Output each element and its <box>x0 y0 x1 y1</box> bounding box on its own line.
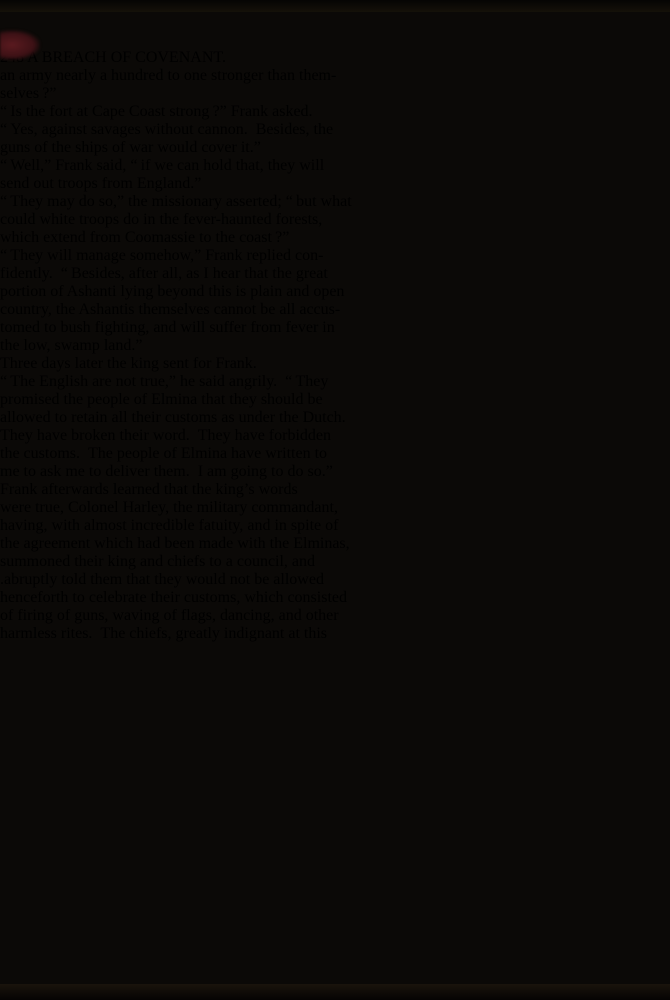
text-line: country, the Ashantis themselves cannot … <box>0 301 670 319</box>
text-line: the customs. The people of Elmina have w… <box>0 445 670 463</box>
left-page-edges <box>0 40 80 986</box>
text-line: “ Well,” Frank said, “ if we can hold th… <box>0 157 670 175</box>
page-header: 248 A BREACH OF COVENANT. <box>0 49 670 67</box>
book-cover-corner <box>0 30 40 60</box>
text-line: an army nearly a hundred to one stronger… <box>0 67 670 85</box>
text-line: guns of the ships of war would cover it.… <box>0 139 670 157</box>
text-line: selves ?” <box>0 85 670 103</box>
text-line: Frank afterwards learned that the king’s… <box>0 481 670 499</box>
text-line: summoned their king and chiefs to a coun… <box>0 553 670 571</box>
text-line: which extend from Coomassie to the coast… <box>0 229 670 247</box>
text-line: They have broken their word. They have f… <box>0 427 670 445</box>
text-line: having, with almost incredible fatuity, … <box>0 517 670 535</box>
text-line: Three days later the king sent for Frank… <box>0 355 670 373</box>
text-line: “ The English are not true,” he said ang… <box>0 373 670 391</box>
text-line: “ They may do so,” the missionary assert… <box>0 193 670 211</box>
text-line: portion of Ashanti lying beyond this is … <box>0 283 670 301</box>
photo-background-bottom <box>0 984 670 1000</box>
show-through-mark <box>0 17 170 25</box>
photo-background-top <box>0 0 670 12</box>
text-line: henceforth to celebrate their customs, w… <box>0 589 670 607</box>
text-line: .abruptly told them that they would not … <box>0 571 670 589</box>
book-page: 248 A BREACH OF COVENANT. an army nearly… <box>0 0 670 643</box>
text-line: of firing of guns, waving of flags, danc… <box>0 607 670 625</box>
text-line: “ Is the fort at Cape Coast strong ?” Fr… <box>0 103 670 121</box>
body-text: an army nearly a hundred to one stronger… <box>0 67 670 643</box>
text-line: promised the people of Elmina that they … <box>0 391 670 409</box>
text-line: “ They will manage somehow,” Frank repli… <box>0 247 670 265</box>
text-line: tomed to bush fighting, and will suffer … <box>0 319 670 337</box>
text-line: the low, swamp land.” <box>0 337 670 355</box>
text-line: the agreement which had been made with t… <box>0 535 670 553</box>
text-line: fidently. “ Besides, after all, as I hea… <box>0 265 670 283</box>
text-line: send out troops from England.” <box>0 175 670 193</box>
text-line: could white troops do in the fever-haunt… <box>0 211 670 229</box>
text-line: were true, Colonel Harley, the military … <box>0 499 670 517</box>
book-scan-photo: { "page": { "number": "248", "header": "… <box>0 0 670 1000</box>
text-line: me to ask me to deliver them. I am going… <box>0 463 670 481</box>
text-line: “ Yes, against savages without cannon. B… <box>0 121 670 139</box>
text-line: allowed to retain all their customs as u… <box>0 409 670 427</box>
text-line: harmless rites. The chiefs, greatly indi… <box>0 625 670 643</box>
